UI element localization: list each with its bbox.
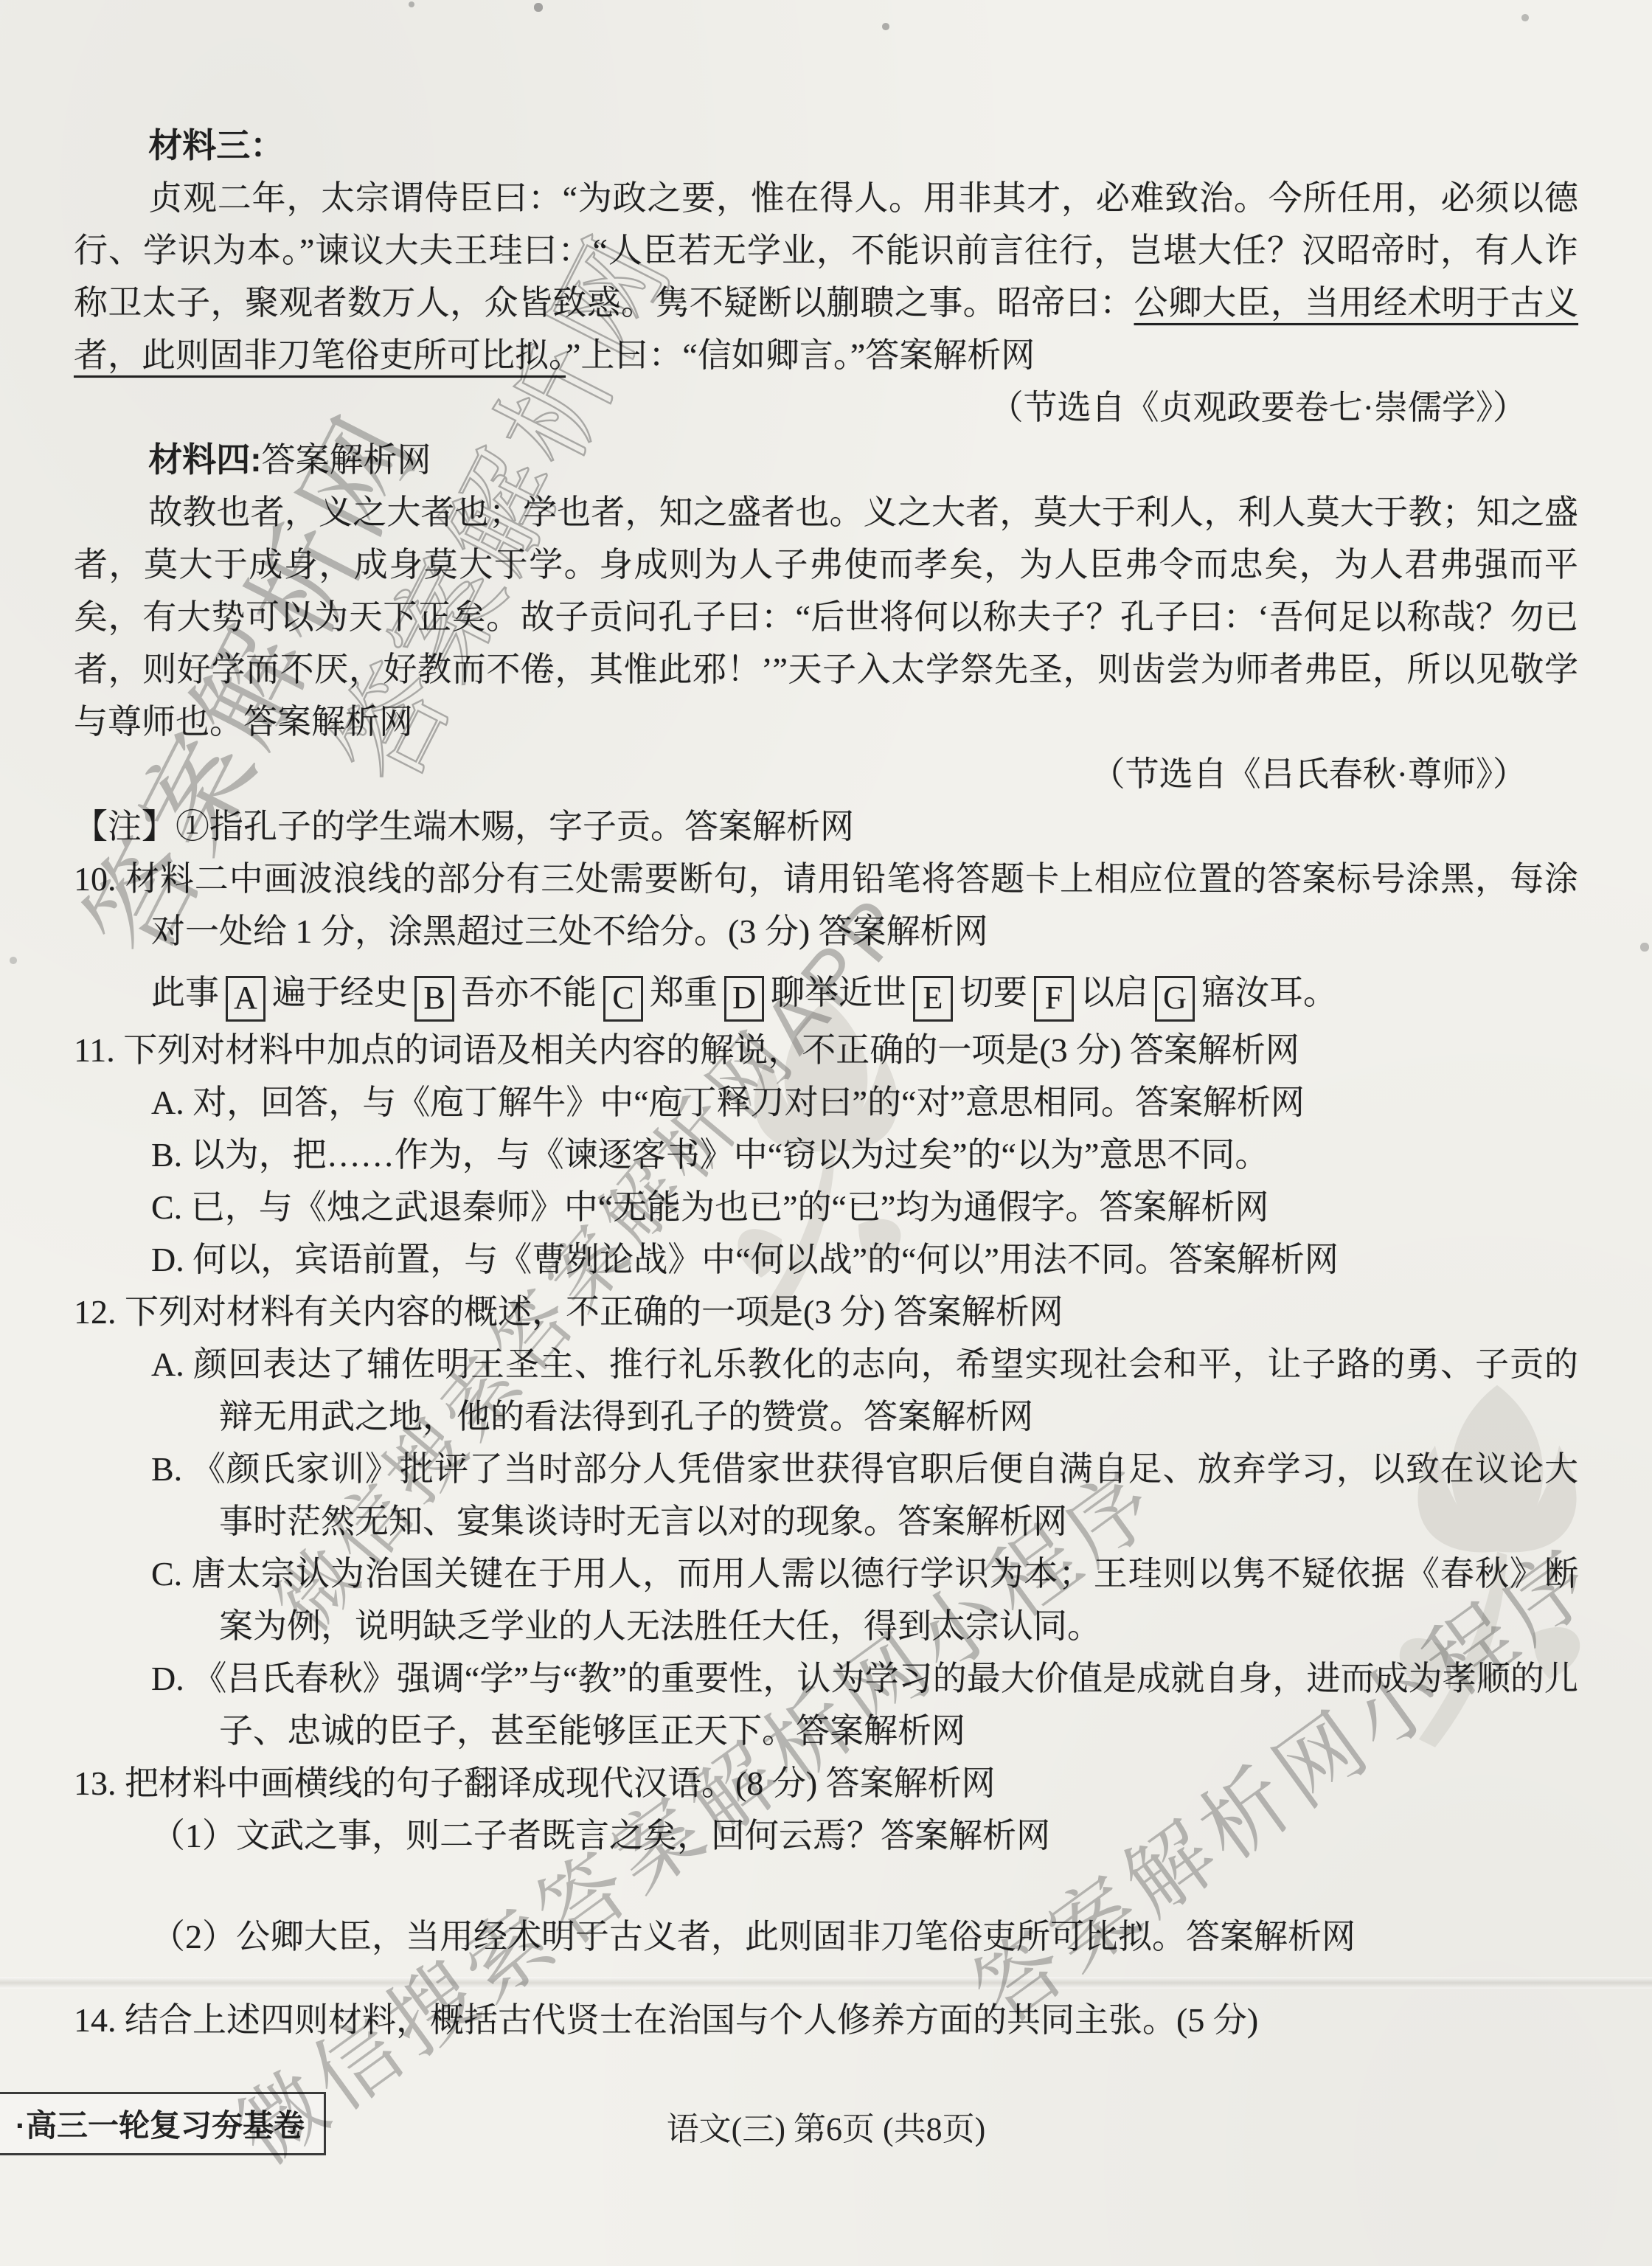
material3-paragraph: 贞观二年，太宗谓侍臣曰：“为政之要，惟在得人。用非其才，必难致治。今所任用，必须… [74,172,1578,381]
question-10: 10. 材料二中画波浪线的部分有三处需要断句，请用铅笔将答题卡上相应位置的答案标… [74,853,1578,957]
question-11: 11. 下列对材料中加点的词语及相关内容的解说，不正确的一项是(3 分) 答案解… [74,1024,1578,1076]
duanju-segment: 此事 [151,974,219,1011]
material4-heading-suffix: 答案解析网 [262,441,431,479]
exam-content: 材料三： 贞观二年，太宗谓侍臣曰：“为政之要，惟在得人。用非其才，必难致治。今所… [74,119,1578,2046]
option-label: D. [151,1241,184,1278]
question-11-text: 下列对材料中加点的词语及相关内容的解说，不正确的一项是(3 分) 答案解析网 [123,1031,1299,1069]
material4-paragraph: 故教也者，义之大者也；学也者，知之盛者也。义之大者，莫大于利人，利人莫大于教；知… [74,486,1578,748]
question-12: 12. 下列对材料有关内容的概述，不正确的一项是(3 分) 答案解析网 [74,1286,1578,1338]
option-label: A. [151,1345,184,1383]
question-13-text: 把材料中画横线的句子翻译成现代汉语。(8 分) 答案解析网 [125,1764,996,1802]
question-11-option-a: A. 对，回答，与《庖丁解牛》中“庖丁释刀对曰”的“对”意思相同。答案解析网 [151,1076,1578,1129]
question-12-option-a: A. 颜回表达了辅佐明王圣主、推行礼乐教化的志向，希望实现社会和平，让子路的勇、… [151,1338,1578,1443]
question-13: 13. 把材料中画横线的句子翻译成现代汉语。(8 分) 答案解析网 [74,1757,1578,1809]
material3-heading: 材料三： [148,119,1578,172]
footer-page-info: 语文(三) 第6页 (共8页) [0,2102,1652,2149]
duanju-segment: 寤汝耳。 [1201,974,1337,1011]
material4-citation: （节选自《吕氏春秋·尊师》） [74,748,1578,800]
question-11-number: 11. [74,1031,115,1069]
duanju-box-e: E [913,976,953,1022]
question-12-option-b: B. 《颜氏家训》批评了当时部分人凭借家世获得官职后便自满自足、放弃学习，以致在… [151,1443,1578,1548]
question-14-number: 14. [74,2001,117,2039]
question-11-option-b: B. 以为，把……作为，与《谏逐客书》中“窃以为过矣”的“以为”意思不同。 [151,1129,1578,1181]
question-10-number: 10. [74,860,117,898]
question-11-option-d: D. 何以，宾语前置，与《曹刿论战》中“何以战”的“何以”用法不同。答案解析网 [151,1233,1578,1286]
material4-heading: 材料四:答案解析网 [148,434,1578,486]
option-label: B. [151,1136,182,1174]
option-text: 已，与《烛之武退秦师》中“无能为也已”的“已”均为通假字。答案解析网 [191,1188,1269,1226]
duanju-box-f: F [1034,976,1074,1022]
duanju-sentence-line: 此事A遍于经史B吾亦不能C郑重D聊举近世E切要F以启G寤汝耳。 [151,962,1578,1024]
question-14: 14. 结合上述四则材料，概括古代贤士在治国与个人修养方面的共同主张。(5 分) [74,1994,1578,2046]
option-text: 以为，把……作为，与《谏逐客书》中“窃以为过矣”的“以为”意思不同。 [191,1136,1269,1174]
duanju-box-d: D [724,976,764,1022]
material3-citation: （节选自《贞观政要卷七·崇儒学》） [74,381,1578,434]
question-14-text: 结合上述四则材料，概括古代贤士在治国与个人修养方面的共同主张。(5 分) [125,2001,1258,2039]
question-12-option-d: D. 《吕氏春秋》强调“学”与“教”的重要性，认为学习的最大价值是成就自身，进而… [151,1652,1578,1757]
duanju-segment: 以启 [1080,974,1148,1011]
scan-speck-artifacts [0,0,3,3]
duanju-segment: 遍于经史 [272,974,408,1011]
option-label: A. [151,1084,184,1121]
option-text: 何以，宾语前置，与《曹刿论战》中“何以战”的“何以”用法不同。答案解析网 [192,1241,1339,1278]
option-label: B. [151,1450,182,1488]
exam-page-scan: 材料三： 贞观二年，太宗谓侍臣曰：“为政之要，惟在得人。用非其才，必难致治。今所… [0,0,1652,2266]
option-label: C. [151,1188,182,1226]
option-text: 对，回答，与《庖丁解牛》中“庖丁释刀对曰”的“对”意思相同。答案解析网 [192,1084,1305,1121]
question-10-text: 材料二中画波浪线的部分有三处需要断句，请用铅笔将答题卡上相应位置的答案标号涂黑，… [125,860,1578,950]
question-11-option-c: C. 已，与《烛之武退秦师》中“无能为也已”的“已”均为通假字。答案解析网 [151,1181,1578,1233]
note-line: 【注】①指孔子的学生端木赐，字子贡。答案解析网 [74,800,1578,853]
question-12-option-c: C. 唐太宗认为治国关键在于用人，而用人需以德行学识为本；王珪则以隽不疑依据《春… [151,1548,1578,1652]
question-13-number: 13. [74,1764,117,1802]
duanju-box-b: B [414,976,454,1022]
duanju-segment: 切要 [959,974,1027,1011]
duanju-segment: 吾亦不能 [461,974,597,1011]
duanju-box-g: G [1155,976,1195,1022]
page-footer: ·高三一轮复习夯基卷 语文(三) 第6页 (共8页) [0,2092,1652,2158]
question-12-number: 12. [74,1293,117,1331]
duanju-box-c: C [603,976,643,1022]
duanju-box-a: A [226,976,265,1022]
option-text: 颜回表达了辅佐明王圣主、推行礼乐教化的志向，希望实现社会和平，让子路的勇、子贡的… [193,1345,1578,1435]
question-13-sub2: （2）公卿大臣，当用经术明于古义者，此则固非刀笔俗吏所可比拟。答案解析网 [151,1910,1578,1963]
material4-heading-label: 材料四: [148,440,261,479]
material3-text-post: ”上曰：“信如卿言。”答案解析网 [566,336,1035,374]
option-text: 唐太宗认为治国关键在于用人，而用人需以德行学识为本；王珪则以隽不疑依据《春秋》断… [192,1555,1578,1645]
duanju-segment: 郑重 [650,974,718,1011]
option-label: C. [151,1555,182,1593]
question-12-text: 下列对材料有关内容的概述，不正确的一项是(3 分) 答案解析网 [125,1293,1063,1331]
option-text: 《吕氏春秋》强调“学”与“教”的重要性，认为学习的最大价值是成就自身，进而成为孝… [192,1660,1578,1750]
option-text: 《颜氏家训》批评了当时部分人凭借家世获得官职后便自满自足、放弃学习，以致在议论大… [192,1450,1578,1540]
question-13-sub1: （1）文武之事，则二子者既言之矣，回何云焉？答案解析网 [151,1809,1578,1862]
option-label: D. [151,1660,184,1697]
duanju-segment: 聊举近世 [771,974,906,1011]
